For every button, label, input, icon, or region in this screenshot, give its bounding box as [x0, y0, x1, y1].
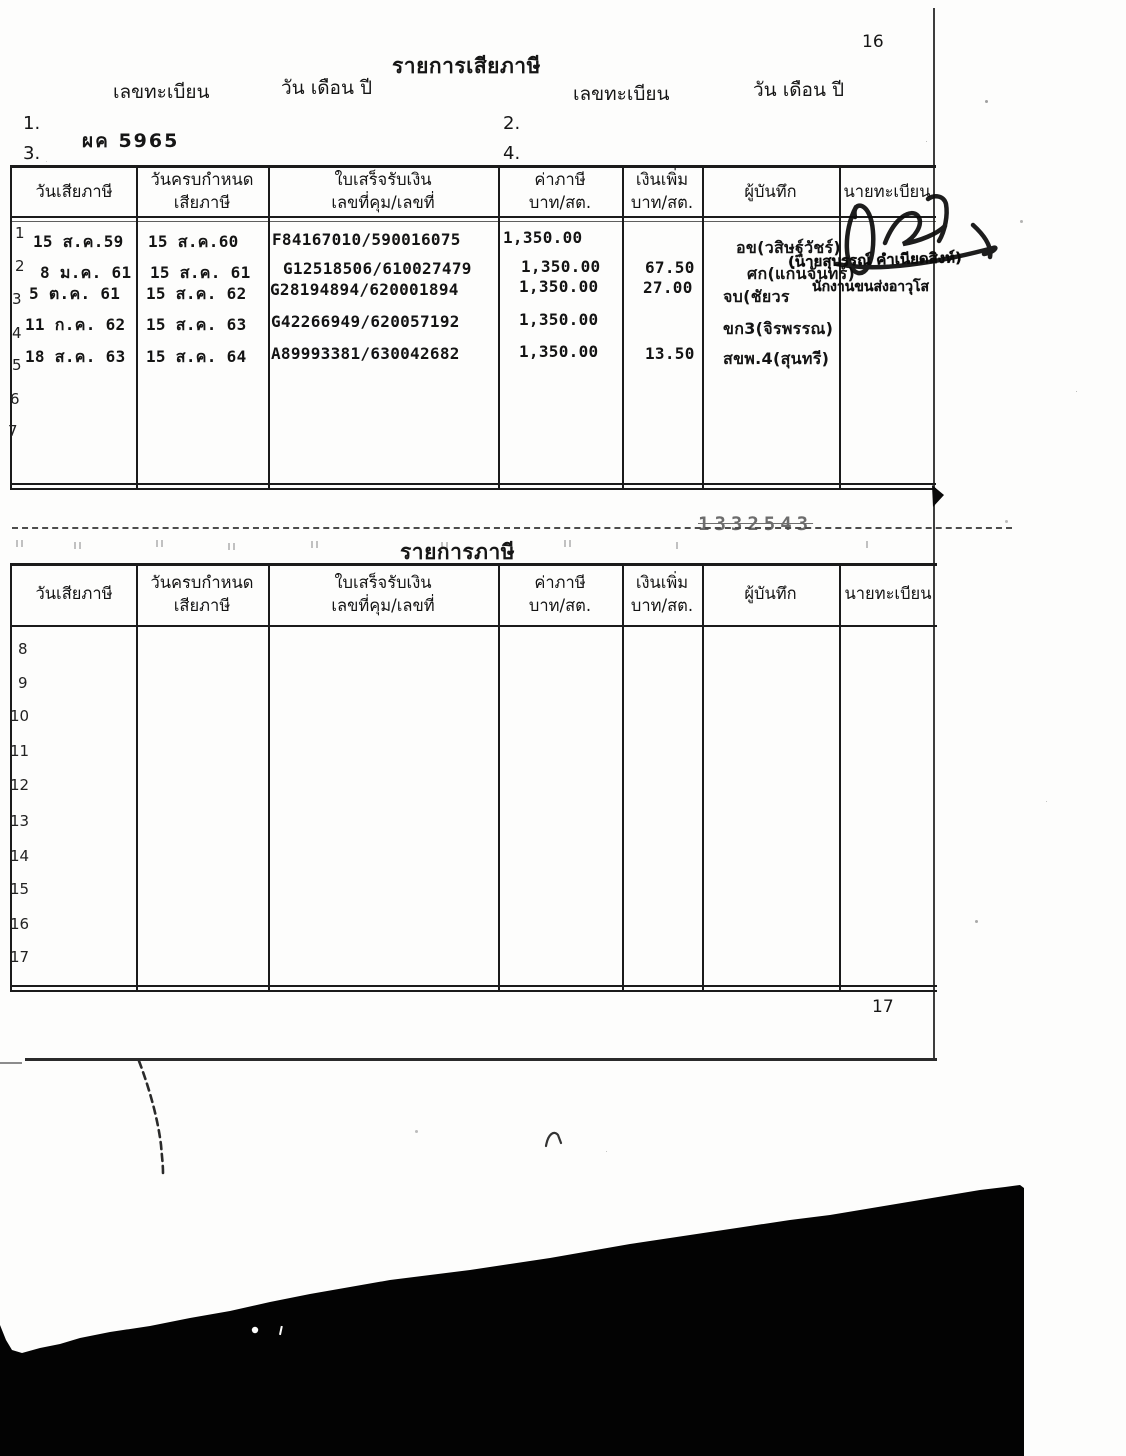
table2-header-surcharge: เงินเพิ่ม บาท/สต. — [624, 566, 700, 623]
row-number: 4 — [12, 324, 22, 342]
form-number-3: 3. — [23, 143, 40, 164]
recorder-cell: สขพ.4(สุนทรี) — [723, 347, 829, 372]
table2-col-line-1 — [136, 563, 138, 992]
row-number: 5 — [12, 356, 22, 374]
scan-black-region — [0, 1180, 1126, 1456]
page-title: รายการเสียภาษี — [392, 50, 541, 83]
recorder-cell: ขก3(จิรพรรณ) — [723, 317, 833, 342]
table2-col-line-5 — [702, 563, 704, 992]
scanned-tax-record-page: รายการเสียภาษี 16 เลขทะเบียน วัน เดือน ป… — [0, 0, 1126, 1456]
row-number: 10 — [10, 707, 29, 725]
form-number-1: 1. — [23, 113, 40, 134]
form-number-2: 2. — [503, 113, 520, 134]
form-number-4: 4. — [503, 143, 520, 164]
receipt-cell: G28194894/620001894 — [270, 280, 459, 299]
registrar-stamp-name: (นายสุบรรณ์ คำเนียดสิงห์) — [788, 247, 949, 274]
recorder-cell: จบ(ชัยวร — [723, 285, 790, 310]
pen-stroke — [125, 1055, 185, 1180]
dashed-divider-line — [12, 527, 1012, 529]
table2-col-line-4 — [622, 563, 624, 992]
page-bottom-edge-line-fragment — [0, 1062, 22, 1064]
row-number: 17 — [10, 948, 29, 966]
row-number: 15 — [10, 880, 29, 898]
table2-header-due-date: วันครบกำหนด เสียภาษี — [138, 566, 266, 623]
faint-struck-number: 1332543 — [698, 513, 813, 535]
table1-bottom-border-1 — [10, 483, 936, 485]
table2-header-receipt: ใบเสร็จรับเงิน เลขที่คุม/เลขที่ — [270, 566, 496, 623]
table2-col-line-3 — [498, 563, 500, 992]
table2-header-registrar: นายทะเบียน — [841, 566, 935, 623]
tax-amount-cell: 1,350.00 — [519, 277, 598, 296]
scan-noise — [985, 100, 988, 103]
table1-header-recorder: ผู้บันทึก — [704, 168, 837, 216]
table1-bottom-border-2 — [10, 488, 936, 491]
row-number: 14 — [10, 847, 29, 865]
due-date-cell: 15 ส.ค. 64 — [146, 345, 247, 370]
table2-header-tax-date: วันเสียภาษี — [12, 566, 136, 623]
table1-header-separator-thin — [10, 221, 936, 222]
registration-label-right: เลขทะเบียน — [573, 79, 670, 109]
row-number: 1 — [15, 224, 25, 242]
table1-header-tax-date: วันเสียภาษี — [12, 168, 136, 216]
row-number: 8 — [18, 640, 28, 658]
due-date-cell: 15 ส.ค.60 — [148, 230, 239, 255]
page-number-bottom: 17 — [872, 997, 894, 1017]
tax-amount-cell: 1,350.00 — [519, 342, 598, 361]
receipt-cell: G42266949/620057192 — [271, 312, 460, 331]
registration-plate-value: ผค 5965 — [82, 126, 179, 156]
table2-bottom-border-1 — [10, 985, 937, 987]
receipt-cell: F84167010/590016075 — [272, 230, 461, 249]
row-number: 7 — [8, 422, 18, 440]
row-number: 6 — [10, 390, 20, 408]
tax-date-cell: 15 ส.ค.59 — [33, 230, 124, 255]
row-number: 12 — [10, 776, 29, 794]
table2-header-recorder: ผู้บันทึก — [704, 566, 837, 623]
tick-marks — [16, 540, 18, 547]
table2-header-tax-amount: ค่าภาษี บาท/สต. — [500, 566, 620, 623]
due-date-cell: 15 ส.ค. 62 — [146, 282, 247, 307]
row-number: 11 — [10, 742, 29, 760]
table1-header-due-date: วันครบกำหนด เสียภาษี — [138, 168, 266, 216]
row-number: 9 — [18, 674, 28, 692]
table2-bottom-border-2 — [10, 990, 937, 992]
row-number: 13 — [10, 812, 29, 830]
surcharge-cell: 27.00 — [643, 278, 693, 297]
table2-header-separator — [10, 625, 937, 627]
table2-col-line-2 — [268, 563, 270, 992]
receipt-cell: G12518506/610027479 — [283, 259, 472, 278]
row-number: 3 — [12, 290, 22, 308]
row-number: 16 — [10, 915, 29, 933]
table1-header-tax-amount: ค่าภาษี บาท/สต. — [500, 168, 620, 216]
table1-header-separator — [10, 216, 936, 218]
tax-amount-cell: 1,350.00 — [503, 228, 582, 247]
receipt-cell: A89993381/630042682 — [271, 344, 460, 363]
tax-amount-cell: 1,350.00 — [521, 257, 600, 276]
surcharge-cell: 67.50 — [645, 258, 695, 277]
tax-date-cell: 5 ต.ค. 61 — [29, 282, 120, 307]
tax-date-cell: 11 ก.ค. 62 — [25, 313, 125, 338]
ink-blob — [930, 485, 950, 511]
table1-header-surcharge: เงินเพิ่ม บาท/สต. — [624, 168, 700, 216]
tax-date-cell: 18 ส.ค. 63 — [25, 345, 126, 370]
registrar-stamp-title: นักงานขนส่งอาวุโส — [812, 276, 929, 298]
page-number-top: 16 — [862, 32, 884, 52]
table2-col-line-6 — [839, 563, 841, 992]
due-date-cell: 15 ส.ค. 63 — [146, 313, 247, 338]
registration-label-left: เลขทะเบียน — [113, 77, 210, 107]
caret-mark — [540, 1122, 570, 1152]
row-number: 2 — [15, 257, 25, 275]
date-label-right: วัน เดือน ปี — [753, 75, 844, 105]
tax-amount-cell: 1,350.00 — [519, 310, 598, 329]
table1-header-receipt: ใบเสร็จรับเงิน เลขที่คุม/เลขที่ — [270, 168, 496, 216]
date-label-left: วัน เดือน ปี — [281, 73, 372, 103]
surcharge-cell: 13.50 — [645, 344, 695, 363]
